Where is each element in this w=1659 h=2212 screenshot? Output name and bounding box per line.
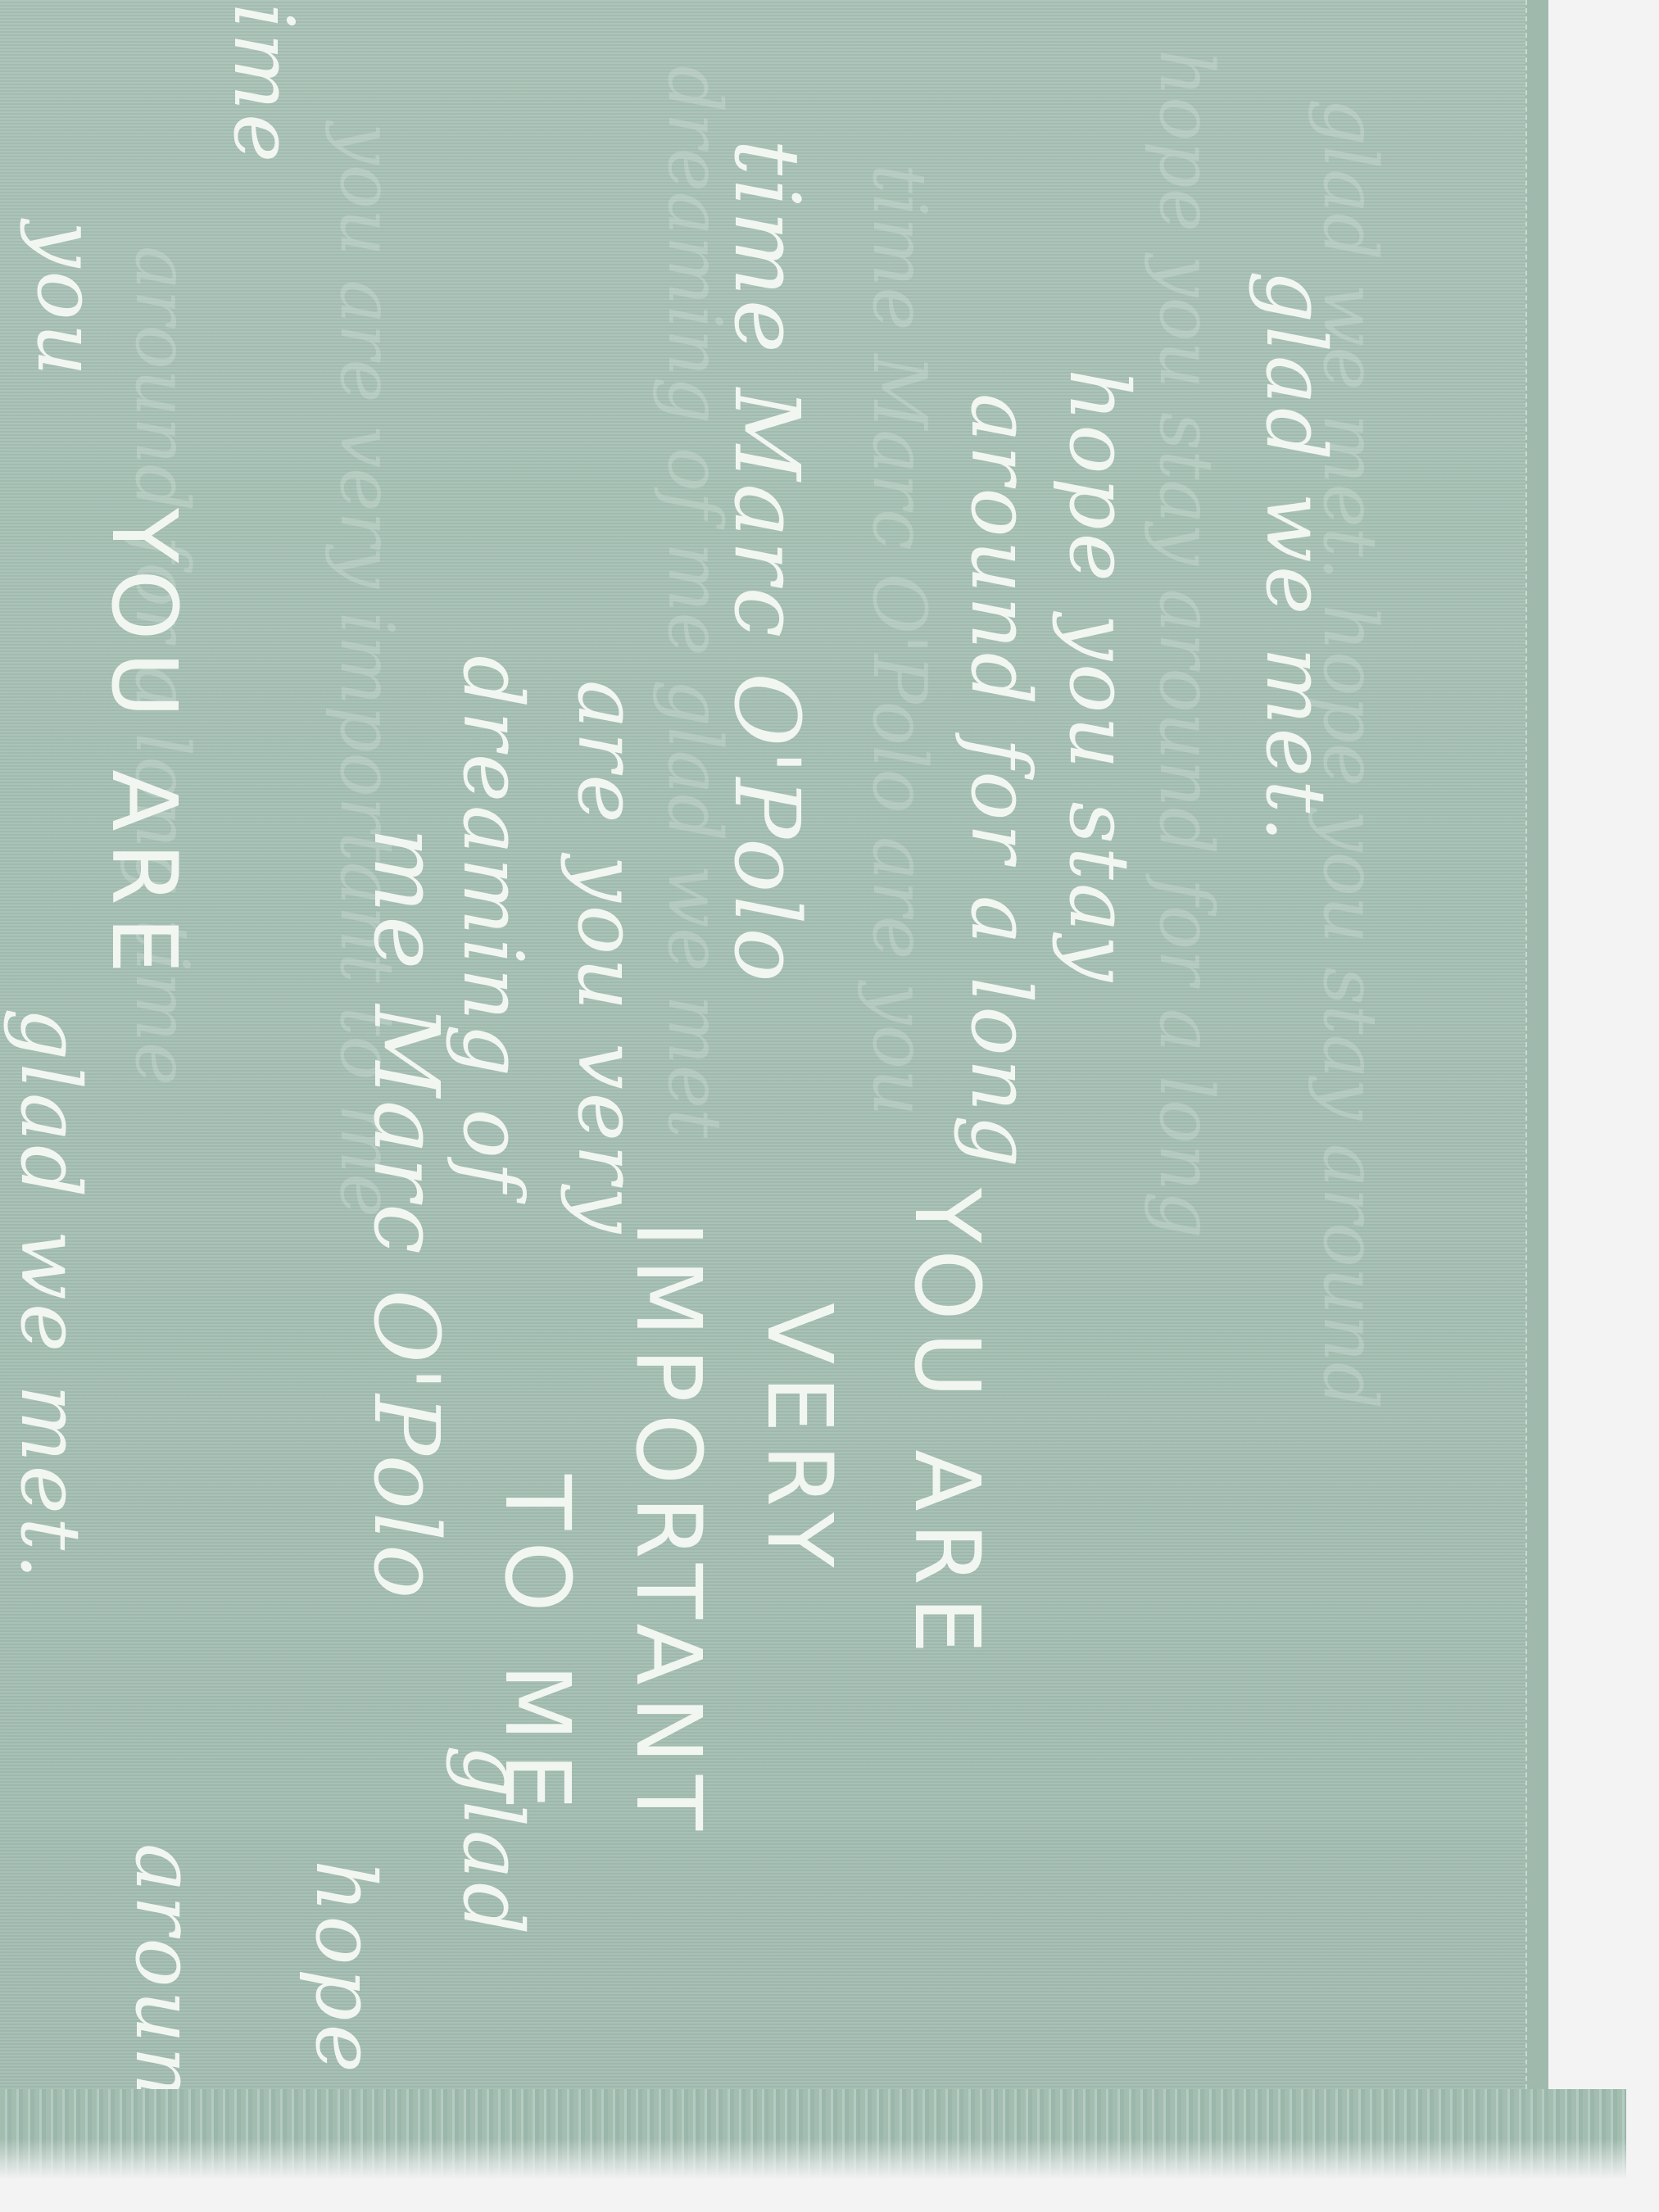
- print-line: IMPORTANT: [616, 1221, 721, 1842]
- print-line: hope you stay: [1051, 369, 1147, 985]
- print-line: YOU ARE: [92, 508, 197, 985]
- print-line: time: [215, 0, 311, 165]
- print-line: time Marc O'Polo: [714, 139, 819, 986]
- print-line: me Marc O'Polo: [354, 827, 459, 1602]
- scarf-fringe: [0, 2089, 1626, 2179]
- print-line: YOU ARE: [895, 1188, 999, 1665]
- scarf-fabric: glad we met. hope you stay around hope y…: [0, 0, 1548, 2089]
- ghost-text: time Marc O'Polo are you: [856, 164, 942, 1117]
- stitched-hem: [1525, 0, 1548, 2089]
- print-line: hope: [297, 1860, 393, 2076]
- print-line: glad: [445, 1745, 541, 1938]
- print-line: glad we met.: [1248, 270, 1344, 845]
- print-line: VERY: [747, 1303, 852, 1579]
- ghost-text: hope you stay around for a long: [1143, 49, 1229, 1239]
- print-line: dreaming of: [445, 655, 541, 1195]
- print-line: around: [117, 1843, 213, 2089]
- print-line: are you very: [560, 680, 655, 1236]
- print-line: around for a long: [953, 393, 1049, 1171]
- print-line: you: [19, 221, 115, 379]
- print-line: glad we met.: [2, 1008, 98, 1583]
